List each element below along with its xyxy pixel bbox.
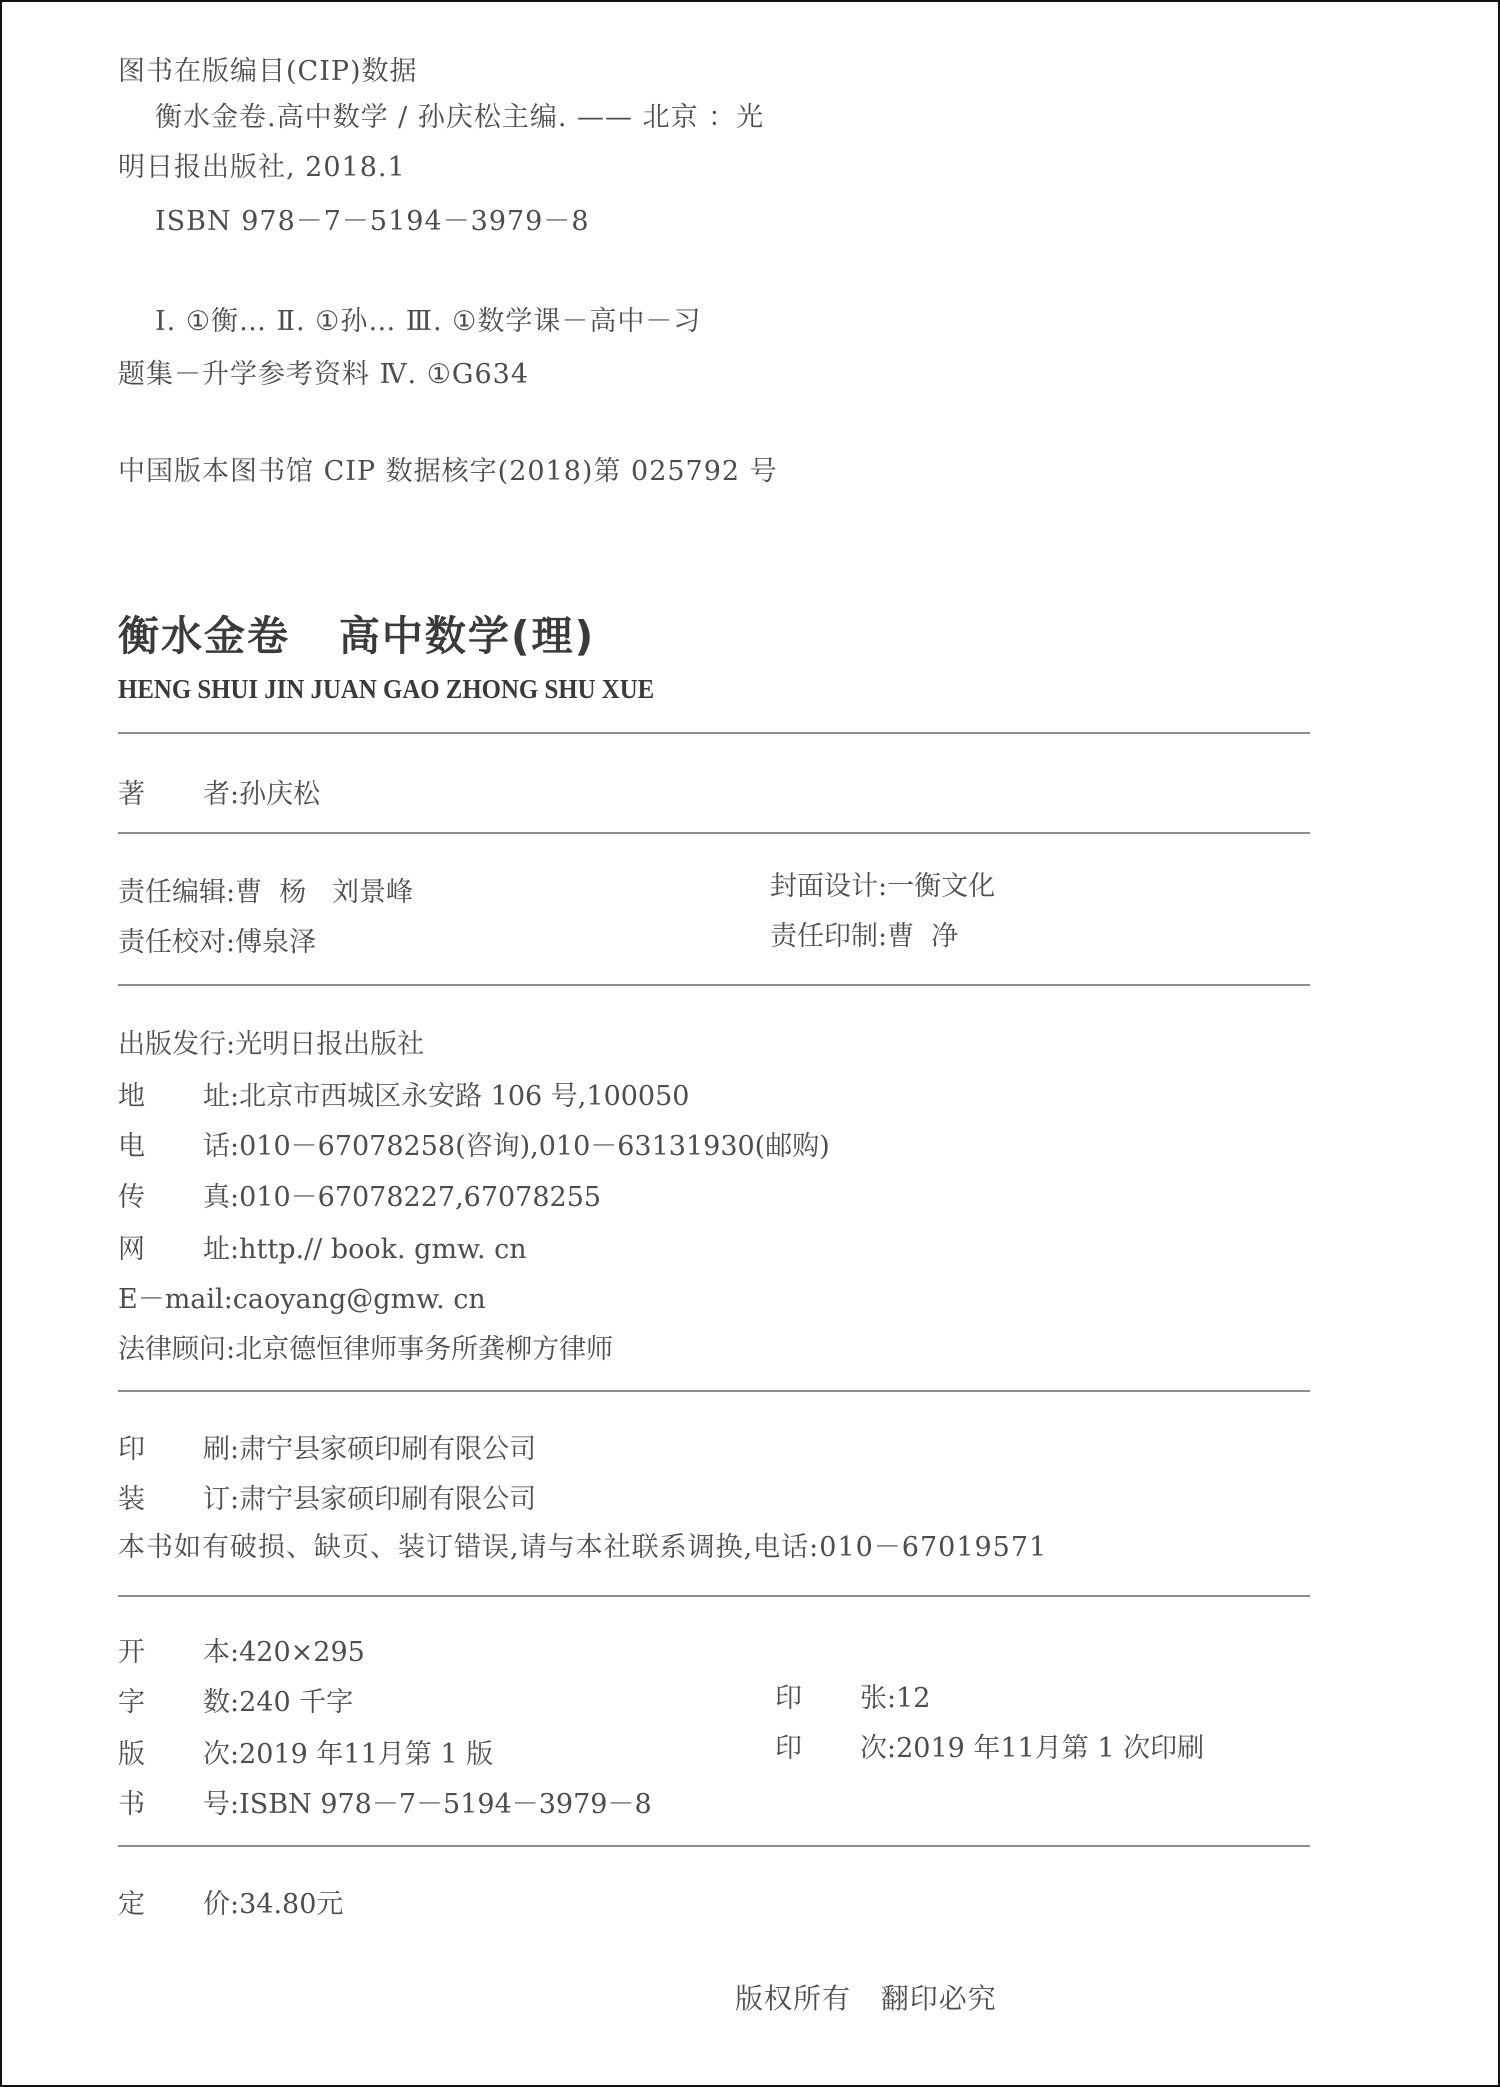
impression-row: 印次:2019 年11月第 1 次印刷 bbox=[775, 1732, 1204, 1766]
cip-isbn: ISBN 978－7－5194－3979－8 bbox=[155, 205, 590, 239]
legal-counsel-label: 法律顾问 bbox=[118, 1333, 226, 1367]
website-row: 网址:http.// book. gmw. cn bbox=[118, 1233, 527, 1267]
phone-row: 电话:010－67078258(咨询),010－63131930(邮购) bbox=[118, 1130, 830, 1164]
printer-label: 印刷 bbox=[118, 1433, 230, 1467]
book-number-label: 书号 bbox=[118, 1788, 230, 1822]
price-label: 定价 bbox=[118, 1888, 230, 1922]
responsible-editor-value: 曹 杨 刘景峰 bbox=[235, 876, 413, 910]
format-row: 开本:420×295 bbox=[118, 1636, 365, 1670]
proofreader-row: 责任校对:傅泉泽 bbox=[118, 926, 316, 960]
cip-line-2: 明日报出版社, 2018.1 bbox=[118, 151, 406, 185]
fax-label: 传真 bbox=[118, 1181, 230, 1215]
impression-label: 印次 bbox=[775, 1732, 887, 1766]
word-count-label: 字数 bbox=[118, 1686, 230, 1720]
fax-row: 传真:010－67078227,67078255 bbox=[118, 1181, 601, 1215]
book-number-value: ISBN 978－7－5194－3979－8 bbox=[239, 1788, 652, 1822]
publisher-row: 出版发行:光明日报出版社 bbox=[118, 1028, 424, 1062]
website-link[interactable]: http.// book. gmw. cn bbox=[239, 1233, 527, 1267]
book-number-row: 书号:ISBN 978－7－5194－3979－8 bbox=[118, 1788, 652, 1822]
email-link[interactable]: caoyang@gmw. cn bbox=[233, 1283, 486, 1317]
book-title-chinese: 衡水金卷 高中数学(理) bbox=[118, 612, 595, 660]
book-title-pinyin: HENG SHUI JIN JUAN GAO ZHONG SHU XUE bbox=[118, 672, 654, 706]
format-value: 420×295 bbox=[239, 1636, 365, 1670]
email-row: E－mail:caoyang@gmw. cn bbox=[118, 1283, 486, 1317]
divider bbox=[118, 984, 1310, 986]
copyright-notice: 版权所有 翻印必究 bbox=[735, 1982, 997, 2016]
print-supervisor-row: 责任印制:曹 净 bbox=[770, 920, 958, 954]
edition-label: 版次 bbox=[118, 1738, 230, 1772]
divider bbox=[118, 1595, 1310, 1597]
print-supervisor-label: 责任印制 bbox=[770, 920, 878, 954]
sheets-label: 印张 bbox=[775, 1682, 887, 1716]
website-label: 网址 bbox=[118, 1233, 230, 1267]
author-label: 著者 bbox=[118, 778, 230, 812]
publisher-label: 出版发行 bbox=[118, 1028, 226, 1062]
author-value: 孙庆松 bbox=[239, 778, 320, 812]
divider bbox=[118, 1845, 1310, 1847]
fax-value: 010－67078227,67078255 bbox=[239, 1181, 601, 1215]
print-supervisor-value: 曹 净 bbox=[887, 920, 958, 954]
cover-design-label: 封面设计 bbox=[770, 870, 878, 904]
cip-classification-line-2: 题集－升学参考资料 Ⅳ. ①G634 bbox=[118, 358, 529, 392]
printer-row: 印刷:肃宁县家硕印刷有限公司 bbox=[118, 1433, 536, 1467]
proofreader-label: 责任校对 bbox=[118, 926, 226, 960]
price-row: 定价:34.80元 bbox=[118, 1888, 343, 1922]
replacement-notice: 本书如有破损、缺页、装订错误,请与本社联系调换,电话:010－67019571 bbox=[118, 1531, 1047, 1565]
phone-value: 010－67078258(咨询),010－63131930(邮购) bbox=[239, 1130, 830, 1164]
email-label: E－mail bbox=[118, 1283, 224, 1317]
edition-row: 版次:2019 年11月第 1 版 bbox=[118, 1738, 493, 1772]
divider bbox=[118, 732, 1310, 734]
proofreader-value: 傅泉泽 bbox=[235, 926, 316, 960]
legal-counsel-row: 法律顾问:北京德恒律师事务所龚柳方律师 bbox=[118, 1333, 613, 1367]
divider bbox=[118, 832, 1310, 834]
cip-classification-line-1: Ⅰ. ①衡… Ⅱ. ①孙… Ⅲ. ①数学课－高中－习 bbox=[155, 305, 701, 339]
phone-label: 电话 bbox=[118, 1130, 230, 1164]
address-row: 地址:北京市西城区永安路 106 号,100050 bbox=[118, 1080, 689, 1114]
author-row: 著者:孙庆松 bbox=[118, 778, 320, 812]
responsible-editor-label: 责任编辑 bbox=[118, 876, 226, 910]
sheets-row: 印张:12 bbox=[775, 1682, 930, 1716]
address-label: 地址 bbox=[118, 1080, 230, 1114]
publisher-value: 光明日报出版社 bbox=[235, 1028, 424, 1062]
cover-design-row: 封面设计:一衡文化 bbox=[770, 870, 995, 904]
address-value: 北京市西城区永安路 106 号,100050 bbox=[239, 1080, 689, 1114]
sheets-value: 12 bbox=[896, 1682, 930, 1716]
cip-line-1: 衡水金卷.高中数学 / 孙庆松主编. —— 北京 ：光 bbox=[155, 101, 764, 135]
binder-value: 肃宁县家硕印刷有限公司 bbox=[239, 1483, 536, 1517]
binder-label: 装订 bbox=[118, 1483, 230, 1517]
legal-counsel-value: 北京德恒律师事务所龚柳方律师 bbox=[235, 1333, 613, 1367]
responsible-editor-row: 责任编辑:曹 杨 刘景峰 bbox=[118, 876, 413, 910]
format-label: 开本 bbox=[118, 1636, 230, 1670]
cover-design-value: 一衡文化 bbox=[887, 870, 995, 904]
binder-row: 装订:肃宁县家硕印刷有限公司 bbox=[118, 1483, 536, 1517]
word-count-value: 240 千字 bbox=[239, 1686, 353, 1720]
cip-heading: 图书在版编目(CIP)数据 bbox=[118, 55, 418, 89]
price-value: 34.80元 bbox=[239, 1888, 343, 1922]
divider bbox=[118, 1390, 1310, 1392]
edition-value: 2019 年11月第 1 版 bbox=[239, 1738, 493, 1772]
impression-value: 2019 年11月第 1 次印刷 bbox=[896, 1732, 1204, 1766]
word-count-row: 字数:240 千字 bbox=[118, 1686, 353, 1720]
printer-value: 肃宁县家硕印刷有限公司 bbox=[239, 1433, 536, 1467]
cip-verification-number: 中国版本图书馆 CIP 数据核字(2018)第 025792 号 bbox=[118, 455, 778, 489]
